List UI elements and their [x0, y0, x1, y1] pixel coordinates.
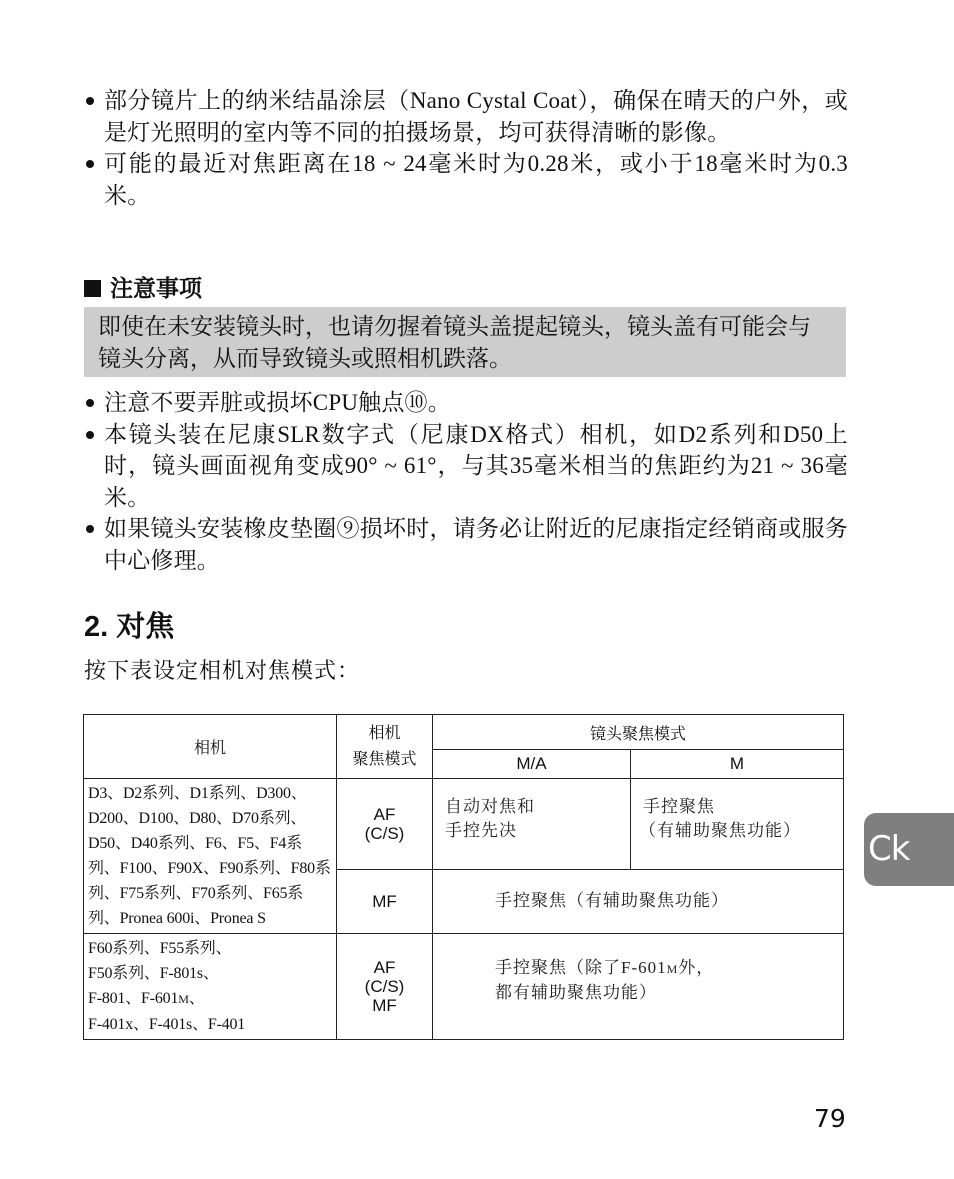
black-square-icon	[84, 280, 101, 297]
header-camera: 相机	[84, 715, 337, 779]
caution-list: 注意不要弄脏或损坏CPU触点⑩。 本镜头装在尼康SLR数字式（尼康DX格式）相机…	[84, 387, 848, 576]
camera-mode-mf: MF	[337, 869, 433, 933]
header-m: M	[631, 750, 844, 779]
caution-text: 本镜头装在尼康SLR数字式（尼康DX格式）相机，如D2系列和D50上时，镜头画面…	[104, 422, 848, 510]
bullet-icon	[86, 525, 94, 533]
caution-item-rubber-gasket: 如果镜头安装橡皮垫圈⑨损坏时，请务必让附近的尼康指定经销商或服务中心修理。	[84, 513, 848, 576]
camera-mode-af-mf: AF (C/S) MF	[337, 934, 433, 1040]
language-tab: Ck	[864, 813, 954, 886]
caution-box: 即使在未安装镜头时，也请勿握着镜头盖提起镜头，镜头盖有可能会与镜头分离，从而导致…	[84, 307, 846, 377]
feature-item-nano-coat: 部分镜片上的纳米结晶涂层（Nano Cystal Coat），确保在晴天的户外，…	[84, 85, 848, 148]
feature-text: 部分镜片上的纳米结晶涂层（Nano Cystal Coat），确保在晴天的户外，…	[104, 88, 848, 145]
header-ma: M/A	[433, 750, 631, 779]
focus-mode-table: 相机 相机 聚焦模式 镜头聚焦模式 M/A M D3、D2系列、D1系列、D30…	[83, 714, 844, 1040]
section-title: 2. 对焦	[84, 609, 174, 645]
caution-heading-text: 注意事项	[110, 272, 202, 304]
caution-heading: 注意事项	[84, 272, 202, 304]
bullet-icon	[86, 97, 94, 105]
section-intro: 按下表设定相机对焦模式：	[84, 656, 360, 686]
feature-list: 部分镜片上的纳米结晶涂层（Nano Cystal Coat），确保在晴天的户外，…	[84, 85, 848, 211]
camera-list-group2: F60系列、F55系列、 F50系列、F-801s、 F-801、F-601M、…	[84, 934, 337, 1040]
table-header-row: 相机 相机 聚焦模式 镜头聚焦模式	[84, 715, 844, 750]
caution-item-dx-format: 本镜头装在尼康SLR数字式（尼康DX格式）相机，如D2系列和D50上时，镜头画面…	[84, 419, 848, 514]
caution-text: 注意不要弄脏或损坏CPU触点⑩。	[104, 390, 451, 415]
bullet-icon	[86, 399, 94, 407]
camera-mode-af: AF (C/S)	[337, 779, 433, 870]
m-description: 手控聚焦 （有辅助聚焦功能）	[631, 779, 844, 870]
caution-box-text: 即使在未安装镜头时，也请勿握着镜头盖提起镜头，镜头盖有可能会与镜头分离，从而导致…	[98, 314, 811, 371]
page-number: 79	[814, 1104, 846, 1134]
bullet-icon	[86, 160, 94, 168]
feature-text: 可能的最近对焦距离在18 ~ 24毫米时为0.28米，或小于18毫米时为0.3米…	[104, 151, 848, 208]
feature-item-focus-distance: 可能的最近对焦距离在18 ~ 24毫米时为0.28米，或小于18毫米时为0.3米…	[84, 148, 848, 211]
header-camera-focus-mode: 相机 聚焦模式	[337, 715, 433, 779]
mf-description: 手控聚焦（有辅助聚焦功能）	[433, 869, 844, 933]
camera-list-group1: D3、D2系列、D1系列、D300、D200、D100、D80、D70系列、D5…	[84, 779, 337, 934]
ma-description: 自动对焦和 手控先决	[433, 779, 631, 870]
caution-text: 如果镜头安装橡皮垫圈⑨损坏时，请务必让附近的尼康指定经销商或服务中心修理。	[104, 516, 848, 573]
bullet-icon	[86, 431, 94, 439]
header-lens-focus-mode: 镜头聚焦模式	[433, 715, 844, 750]
table-row: F60系列、F55系列、 F50系列、F-801s、 F-801、F-601M、…	[84, 934, 844, 1040]
table-row: D3、D2系列、D1系列、D300、D200、D100、D80、D70系列、D5…	[84, 779, 844, 870]
caution-item-cpu-contacts: 注意不要弄脏或损坏CPU触点⑩。	[84, 387, 848, 419]
group2-description: 手控聚焦（除了F-601M外， 都有辅助聚焦功能）	[433, 934, 844, 1040]
